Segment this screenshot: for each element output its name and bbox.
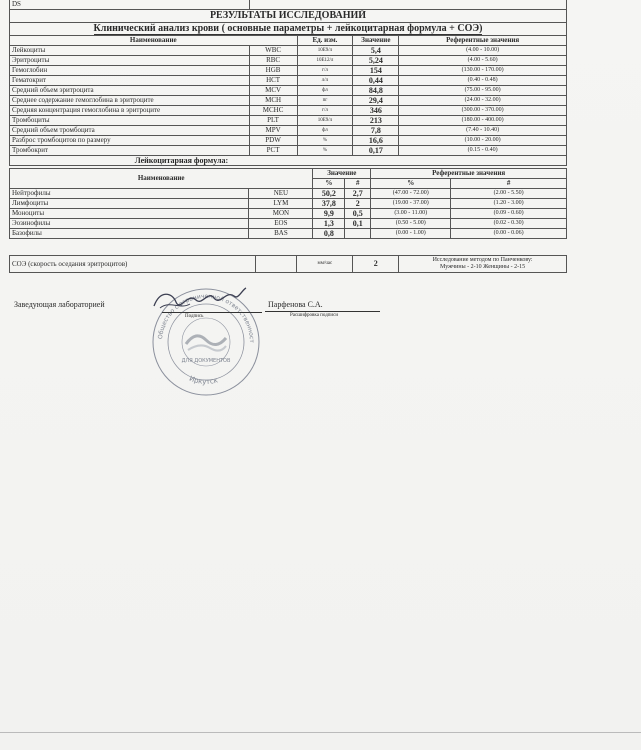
table-row: ТромбокритPCT%0,17(0.15 - 0.40) <box>10 146 567 156</box>
esr-table: СОЭ (скорость оседания эритроцитов) мм/ч… <box>9 255 567 273</box>
row-ref-pct: (0.00 - 1.00) <box>371 229 451 239</box>
row-name: Средний объем тромбоцита <box>10 126 250 136</box>
table-row: Средний объем тромбоцитаMPVфл7,8(7.40 - … <box>10 126 567 136</box>
row-unit: фл <box>297 126 353 136</box>
table-row: Средняя концентрация гемоглобина в эритр… <box>10 106 567 116</box>
row-ref: (300.00 - 370.00) <box>399 106 567 116</box>
row-ref: (4.00 - 10.00) <box>399 46 567 56</box>
row-name: Моноциты <box>10 209 249 219</box>
row-value: 0,17 <box>353 146 399 156</box>
row-code: PLT <box>249 116 297 126</box>
row-value-pct: 0,8 <box>313 229 345 239</box>
table-row: Среднее содержание гемоглобина в эритроц… <box>10 96 567 106</box>
table-row: Разброс тромбоцитов по размеруPDW%16,6(1… <box>10 136 567 146</box>
leukocyte-table: Наименование Значение Референтные значен… <box>9 168 567 239</box>
table-row: ТромбоцитыPLT10E9/л213(180.00 - 400.00) <box>10 116 567 126</box>
name-line <box>265 311 380 312</box>
leuko-subheader-ref-abs: # <box>451 179 567 189</box>
row-code: LYM <box>249 199 313 209</box>
leuko-section-title: Лейкоцитарная формула: <box>10 156 353 166</box>
table-row: БазофилыBAS0,8(0.00 - 1.00)(0.00 - 0.06) <box>10 229 567 239</box>
row-ref-pct: (47.00 - 72.00) <box>371 189 451 199</box>
row-name: Тромбокрит <box>10 146 250 156</box>
row-value-abs: 0,5 <box>345 209 371 219</box>
row-name: Гематокрит <box>10 76 250 86</box>
page-title: РЕЗУЛЬТАТЫ ИССЛЕДОВАНИЙ <box>10 10 567 23</box>
svg-text:Иркутск: Иркутск <box>188 374 219 386</box>
row-ref-abs: (0.00 - 0.06) <box>451 229 567 239</box>
row-unit: г/л <box>297 106 353 116</box>
row-code: NEU <box>249 189 313 199</box>
row-name: Базофилы <box>10 229 249 239</box>
row-ref-pct: (3.00 - 11.00) <box>371 209 451 219</box>
document-page: DS РЕЗУЛЬТАТЫ ИССЛЕДОВАНИЙ Клинический а… <box>0 0 641 750</box>
esr-value: 2 <box>353 256 399 273</box>
row-ref: (4.00 - 5.60) <box>399 56 567 66</box>
row-value: 154 <box>353 66 399 76</box>
signer-name: Парфенова С.А. <box>268 300 323 309</box>
row-value-pct: 9,9 <box>313 209 345 219</box>
row-ref-abs: (1.20 - 3.00) <box>451 199 567 209</box>
row-name: Тромбоциты <box>10 116 250 126</box>
row-value-pct: 50,2 <box>313 189 345 199</box>
esr-note: Исследование методом по Панченкову: Мужч… <box>399 256 567 273</box>
row-value-pct: 37,8 <box>313 199 345 209</box>
row-ref-pct: (0.50 - 5.00) <box>371 219 451 229</box>
page-fold-line <box>0 732 641 733</box>
row-name: Гемоглобин <box>10 66 250 76</box>
row-code: MCHC <box>249 106 297 116</box>
row-ref-pct: (19.00 - 37.00) <box>371 199 451 209</box>
row-code: PDW <box>249 136 297 146</box>
row-unit: % <box>297 146 353 156</box>
leuko-header-name: Наименование <box>10 169 313 189</box>
table-row: ГематокритHCTл/л0,44(0.40 - 0.48) <box>10 76 567 86</box>
table-row: ГемоглобинHGBг/л154(130.00 - 170.00) <box>10 66 567 76</box>
row-value-pct: 1,3 <box>313 219 345 229</box>
row-unit: 10E9/л <box>297 116 353 126</box>
row-code: BAS <box>249 229 313 239</box>
row-value: 16,6 <box>353 136 399 146</box>
row-name: Средний объем эритроцита <box>10 86 250 96</box>
row-ref: (180.00 - 400.00) <box>399 116 567 126</box>
table-row: ЭритроцитыRBC10E12/л5,24(4.00 - 5.60) <box>10 56 567 66</box>
row-name: Нейтрофилы <box>10 189 249 199</box>
row-code: MPV <box>249 126 297 136</box>
esr-unit: мм/час <box>297 256 353 273</box>
row-value-abs: 2,7 <box>345 189 371 199</box>
row-unit: л/л <box>297 76 353 86</box>
analysis-subtitle-text: Клинический анализ крови ( основные пара… <box>94 23 483 35</box>
table-row: МоноцитыMON9,90,5(3.00 - 11.00)(0.09 - 0… <box>10 209 567 219</box>
row-ref: (10.00 - 20.00) <box>399 136 567 146</box>
table-row: ЛимфоцитыLYM37,82(19.00 - 37.00)(1.20 - … <box>10 199 567 209</box>
row-unit: пг <box>297 96 353 106</box>
row-value: 29,4 <box>353 96 399 106</box>
esr-note-ranges: Мужчины - 2-10 Женщины - 2-15 <box>401 264 564 271</box>
row-ref: (7.40 - 10.40) <box>399 126 567 136</box>
row-value: 0,44 <box>353 76 399 86</box>
leuko-subheader-abs: # <box>345 179 371 189</box>
col-header-unit: Ед. изм. <box>297 36 353 46</box>
row-code: MON <box>249 209 313 219</box>
row-value: 7,8 <box>353 126 399 136</box>
row-name: Лейкоциты <box>10 46 250 56</box>
row-code: WBC <box>249 46 297 56</box>
row-code: HCT <box>249 76 297 86</box>
row-unit: г/л <box>297 66 353 76</box>
row-name: Эозинофилы <box>10 219 249 229</box>
row-value-abs: 2 <box>345 199 371 209</box>
row-unit: фл <box>297 86 353 96</box>
signature-block: Заведующая лабораторией Общество с огран… <box>0 290 641 410</box>
row-ref-abs: (0.02 - 0.30) <box>451 219 567 229</box>
analysis-subtitle: Клинический анализ крови ( основные пара… <box>10 23 567 36</box>
row-value: 5,4 <box>353 46 399 56</box>
row-code: EOS <box>249 219 313 229</box>
table-row: НейтрофилыNEU50,22,7(47.00 - 72.00)(2.00… <box>10 189 567 199</box>
results-table: DS РЕЗУЛЬТАТЫ ИССЛЕДОВАНИЙ Клинический а… <box>9 0 567 166</box>
row-ref: (0.15 - 0.40) <box>399 146 567 156</box>
ds-cell: DS <box>10 0 250 10</box>
col-header-value: Значение <box>353 36 399 46</box>
row-code: HGB <box>249 66 297 76</box>
row-ref: (0.40 - 0.48) <box>399 76 567 86</box>
svg-text:ДЛЯ ДОКУМЕНТОВ: ДЛЯ ДОКУМЕНТОВ <box>182 358 231 364</box>
table-row: Средний объем эритроцитаMCVфл84,8(75.00 … <box>10 86 567 96</box>
row-name: Лимфоциты <box>10 199 249 209</box>
row-code: PCT <box>249 146 297 156</box>
leuko-subheader-pct: % <box>313 179 345 189</box>
row-code: RBC <box>249 56 297 66</box>
row-value: 213 <box>353 116 399 126</box>
row-unit: % <box>297 136 353 146</box>
row-name: Среднее содержание гемоглобина в эритроц… <box>10 96 250 106</box>
row-code: MCV <box>249 86 297 96</box>
row-code: MCH <box>249 96 297 106</box>
row-value: 346 <box>353 106 399 116</box>
row-value-abs: 0,1 <box>345 219 371 229</box>
leuko-header-value: Значение <box>313 169 371 179</box>
signer-role: Заведующая лабораторией <box>14 300 105 309</box>
row-ref-abs: (2.00 - 5.50) <box>451 189 567 199</box>
table-row: ЭозинофилыEOS1,30,1(0.50 - 5.00)(0.02 - … <box>10 219 567 229</box>
name-caption: Расшифровка подписи <box>290 313 338 318</box>
row-ref: (75.00 - 95.00) <box>399 86 567 96</box>
row-name: Разброс тромбоцитов по размеру <box>10 136 250 146</box>
stamp-seal-icon: Общество с ограниченной ответственностью… <box>150 286 262 398</box>
row-unit: 10E12/л <box>297 56 353 66</box>
row-ref: (24.00 - 32.00) <box>399 96 567 106</box>
row-value-abs <box>345 229 371 239</box>
table-row: ЛейкоцитыWBC10E9/л5,4(4.00 - 10.00) <box>10 46 567 56</box>
esr-note-method: Исследование методом по Панченкову: <box>401 257 564 264</box>
row-value: 5,24 <box>353 56 399 66</box>
row-name: Эритроциты <box>10 56 250 66</box>
leuko-header-ref: Референтные значения <box>371 169 567 179</box>
row-value: 84,8 <box>353 86 399 96</box>
col-header-ref: Референтные значения <box>399 36 567 46</box>
row-ref-abs: (0.09 - 0.60) <box>451 209 567 219</box>
signature-caption: Подпись <box>185 314 203 319</box>
signature-line <box>162 312 262 313</box>
esr-name: СОЭ (скорость оседания эритроцитов) <box>10 256 256 273</box>
row-name: Средняя концентрация гемоглобина в эритр… <box>10 106 250 116</box>
row-unit: 10E9/л <box>297 46 353 56</box>
col-header-name: Наименование <box>10 36 298 46</box>
row-ref: (130.00 - 170.00) <box>399 66 567 76</box>
leuko-subheader-ref-pct: % <box>371 179 451 189</box>
